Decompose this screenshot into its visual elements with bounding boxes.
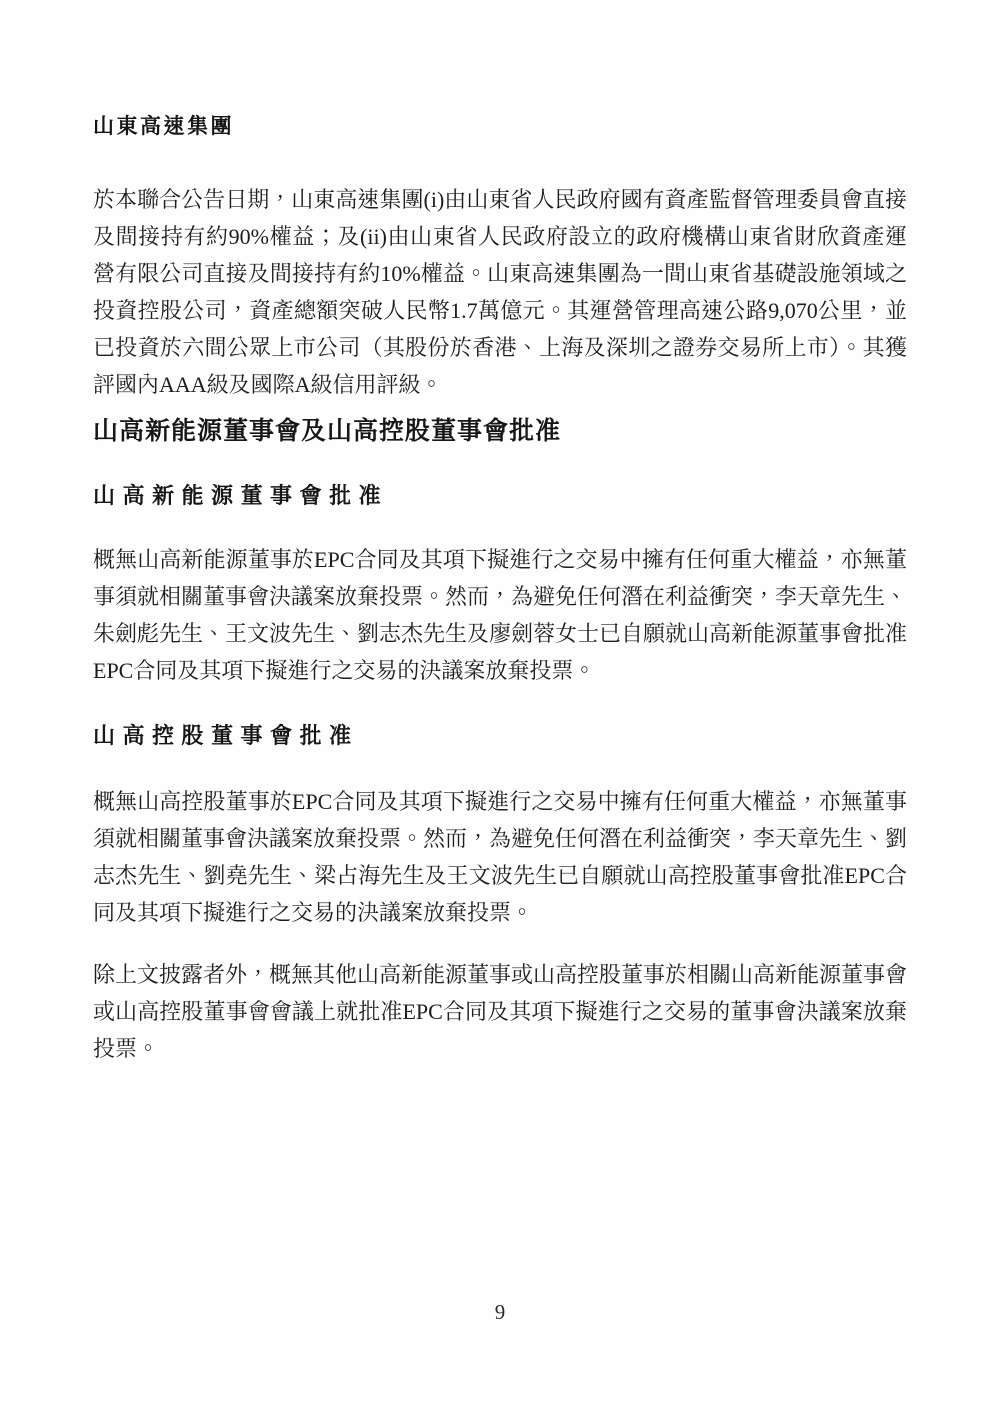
paragraph-no-other-abstentions: 除上文披露者外，概無其他山高新能源董事或山高控股董事於相關山高新能源董事會或山高… [93, 956, 907, 1067]
subsection-heading-konggu-board-approval: 山高控股董事會批准 [93, 724, 907, 747]
paragraph-shandong-hispeed-group-description: 於本聯合公告日期，山東高速集團(i)由山東省人民政府國有資產監督管理委員會直接及… [93, 181, 907, 403]
subsection-heading-xinnengyuan-board-approval: 山高新能源董事會批准 [93, 484, 907, 507]
paragraph-xinnengyuan-board-approval: 概無山高新能源董事於EPC合同及其項下擬進行之交易中擁有任何重大權益，亦無董事須… [93, 541, 907, 689]
document-page: 山東高速集團 於本聯合公告日期，山東高速集團(i)由山東省人民政府國有資產監督管… [0, 0, 1000, 1414]
page-content: 山東高速集團 於本聯合公告日期，山東高速集團(i)由山東省人民政府國有資產監督管… [93, 0, 907, 1067]
section-heading-board-approvals: 山高新能源董事會及山高控股董事會批准 [93, 417, 907, 445]
paragraph-konggu-board-approval: 概無山高控股董事於EPC合同及其項下擬進行之交易中擁有任何重大權益，亦無董事須就… [93, 783, 907, 931]
page-number: 9 [0, 1300, 1000, 1324]
section-heading-shandong-hispeed-group: 山東高速集團 [93, 115, 907, 139]
